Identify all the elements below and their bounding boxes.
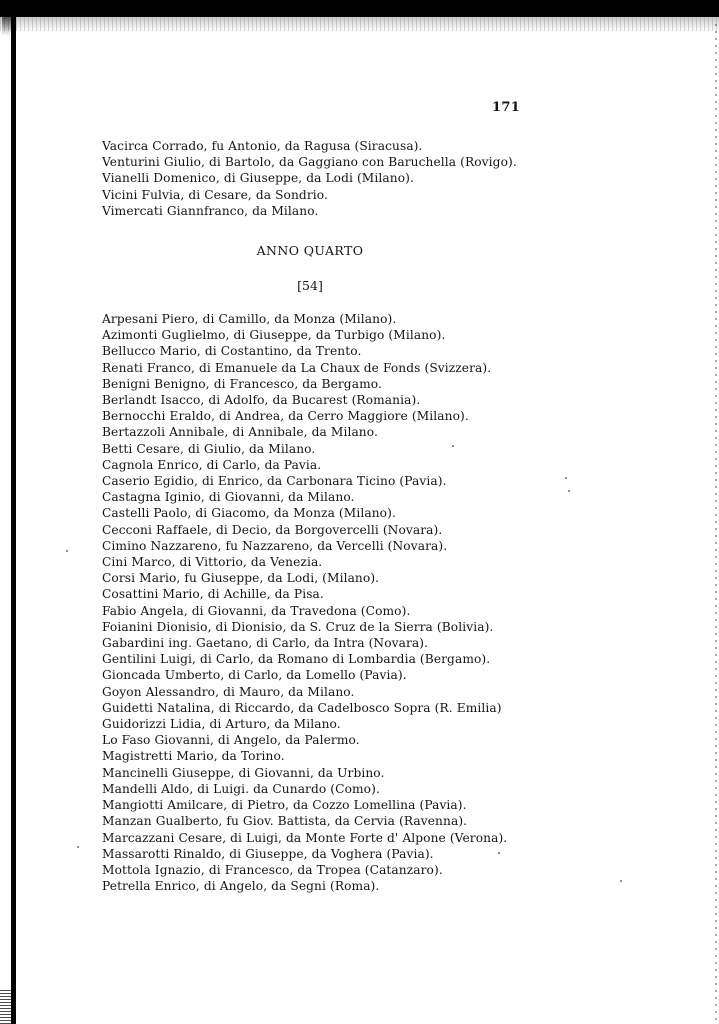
scan-speck xyxy=(66,550,68,552)
list-item: Manzan Gualberto, fu Giov. Battista, da … xyxy=(102,813,507,829)
scan-left-border xyxy=(11,14,16,1024)
list-item: Gentilini Luigi, di Carlo, da Romano di … xyxy=(102,651,507,667)
scan-speck xyxy=(620,880,622,882)
list-item: Mandelli Aldo, di Luigi. da Cunardo (Com… xyxy=(102,781,507,797)
list-item: Castelli Paolo, di Giacomo, da Monza (Mi… xyxy=(102,505,507,521)
list-item: Venturini Giulio, di Bartolo, da Gaggian… xyxy=(102,154,517,170)
list-item: Betti Cesare, di Giulio, da Milano. xyxy=(102,441,507,457)
list-item: Fabio Angela, di Giovanni, da Travedona … xyxy=(102,603,507,619)
list-item: Vimercati Giannfranco, da Milano. xyxy=(102,203,517,219)
list-item: Cimino Nazzareno, fu Nazzareno, da Verce… xyxy=(102,538,507,554)
list-item: Cini Marco, di Vittorio, da Venezia. xyxy=(102,554,507,570)
list-item: Massarotti Rinaldo, di Giuseppe, da Vogh… xyxy=(102,846,507,862)
list-item: Guidetti Natalina, di Riccardo, da Cadel… xyxy=(102,700,507,716)
list-item: Bernocchi Eraldo, di Andrea, da Cerro Ma… xyxy=(102,408,507,424)
list-item: Bertazzoli Annibale, di Annibale, da Mil… xyxy=(102,424,507,440)
list-item: Vianelli Domenico, di Giuseppe, da Lodi … xyxy=(102,170,517,186)
list-item: Gabardini ing. Gaetano, di Carlo, da Int… xyxy=(102,635,507,651)
scan-speck xyxy=(565,477,567,479)
list-item: Cecconi Raffaele, di Decio, da Borgoverc… xyxy=(102,522,507,538)
list-item: Guidorizzi Lidia, di Arturo, da Milano. xyxy=(102,716,507,732)
scan-speck xyxy=(568,490,570,492)
section-count: [54] xyxy=(0,278,620,293)
list-item: Renati Franco, di Emanuele da La Chaux d… xyxy=(102,360,507,376)
list-item: Berlandt Isacco, di Adolfo, da Bucarest … xyxy=(102,392,507,408)
scanned-page: 171 Vacirca Corrado, fu Antonio, da Ragu… xyxy=(0,0,719,1024)
scan-top-border xyxy=(0,0,719,17)
list-item: Azimonti Guglielmo, di Giuseppe, da Turb… xyxy=(102,327,507,343)
list-item: Benigni Benigno, di Francesco, da Bergam… xyxy=(102,376,507,392)
scan-speck xyxy=(77,846,79,848)
previous-section-list: Vacirca Corrado, fu Antonio, da Ragusa (… xyxy=(102,138,517,219)
list-item: Goyon Alessandro, di Mauro, da Milano. xyxy=(102,684,507,700)
scan-speck xyxy=(498,852,500,854)
list-item: Gioncada Umberto, di Carlo, da Lomello (… xyxy=(102,667,507,683)
list-item: Corsi Mario, fu Giuseppe, da Lodi, (Mila… xyxy=(102,570,507,586)
list-item: Vicini Fulvia, di Cesare, da Sondrio. xyxy=(102,187,517,203)
list-item: Mangiotti Amilcare, di Pietro, da Cozzo … xyxy=(102,797,507,813)
list-item: Petrella Enrico, di Angelo, da Segni (Ro… xyxy=(102,878,507,894)
scan-speck xyxy=(452,445,454,447)
scan-top-noise xyxy=(0,17,719,31)
list-item: Lo Faso Giovanni, di Angelo, da Palermo. xyxy=(102,732,507,748)
scan-right-edge xyxy=(715,20,717,1020)
list-item: Vacirca Corrado, fu Antonio, da Ragusa (… xyxy=(102,138,517,154)
list-item: Cagnola Enrico, di Carlo, da Pavia. xyxy=(102,457,507,473)
list-item: Bellucco Mario, di Costantino, da Trento… xyxy=(102,343,507,359)
section-heading: ANNO QUARTO xyxy=(0,243,620,258)
section-entry-list: Arpesani Piero, di Camillo, da Monza (Mi… xyxy=(102,311,507,894)
list-item: Foianini Dionisio, di Dionisio, da S. Cr… xyxy=(102,619,507,635)
list-item: Caserio Egidio, di Enrico, da Carbonara … xyxy=(102,473,507,489)
list-item: Cosattini Mario, di Achille, da Pisa. xyxy=(102,586,507,602)
list-item: Mottola Ignazio, di Francesco, da Tropea… xyxy=(102,862,507,878)
scan-bottom-left-noise xyxy=(0,990,14,1024)
list-item: Arpesani Piero, di Camillo, da Monza (Mi… xyxy=(102,311,507,327)
list-item: Mancinelli Giuseppe, di Giovanni, da Urb… xyxy=(102,765,507,781)
list-item: Magistretti Mario, da Torino. xyxy=(102,748,507,764)
list-item: Marcazzani Cesare, di Luigi, da Monte Fo… xyxy=(102,830,507,846)
page-number: 171 xyxy=(492,100,520,115)
list-item: Castagna Iginio, di Giovanni, da Milano. xyxy=(102,489,507,505)
